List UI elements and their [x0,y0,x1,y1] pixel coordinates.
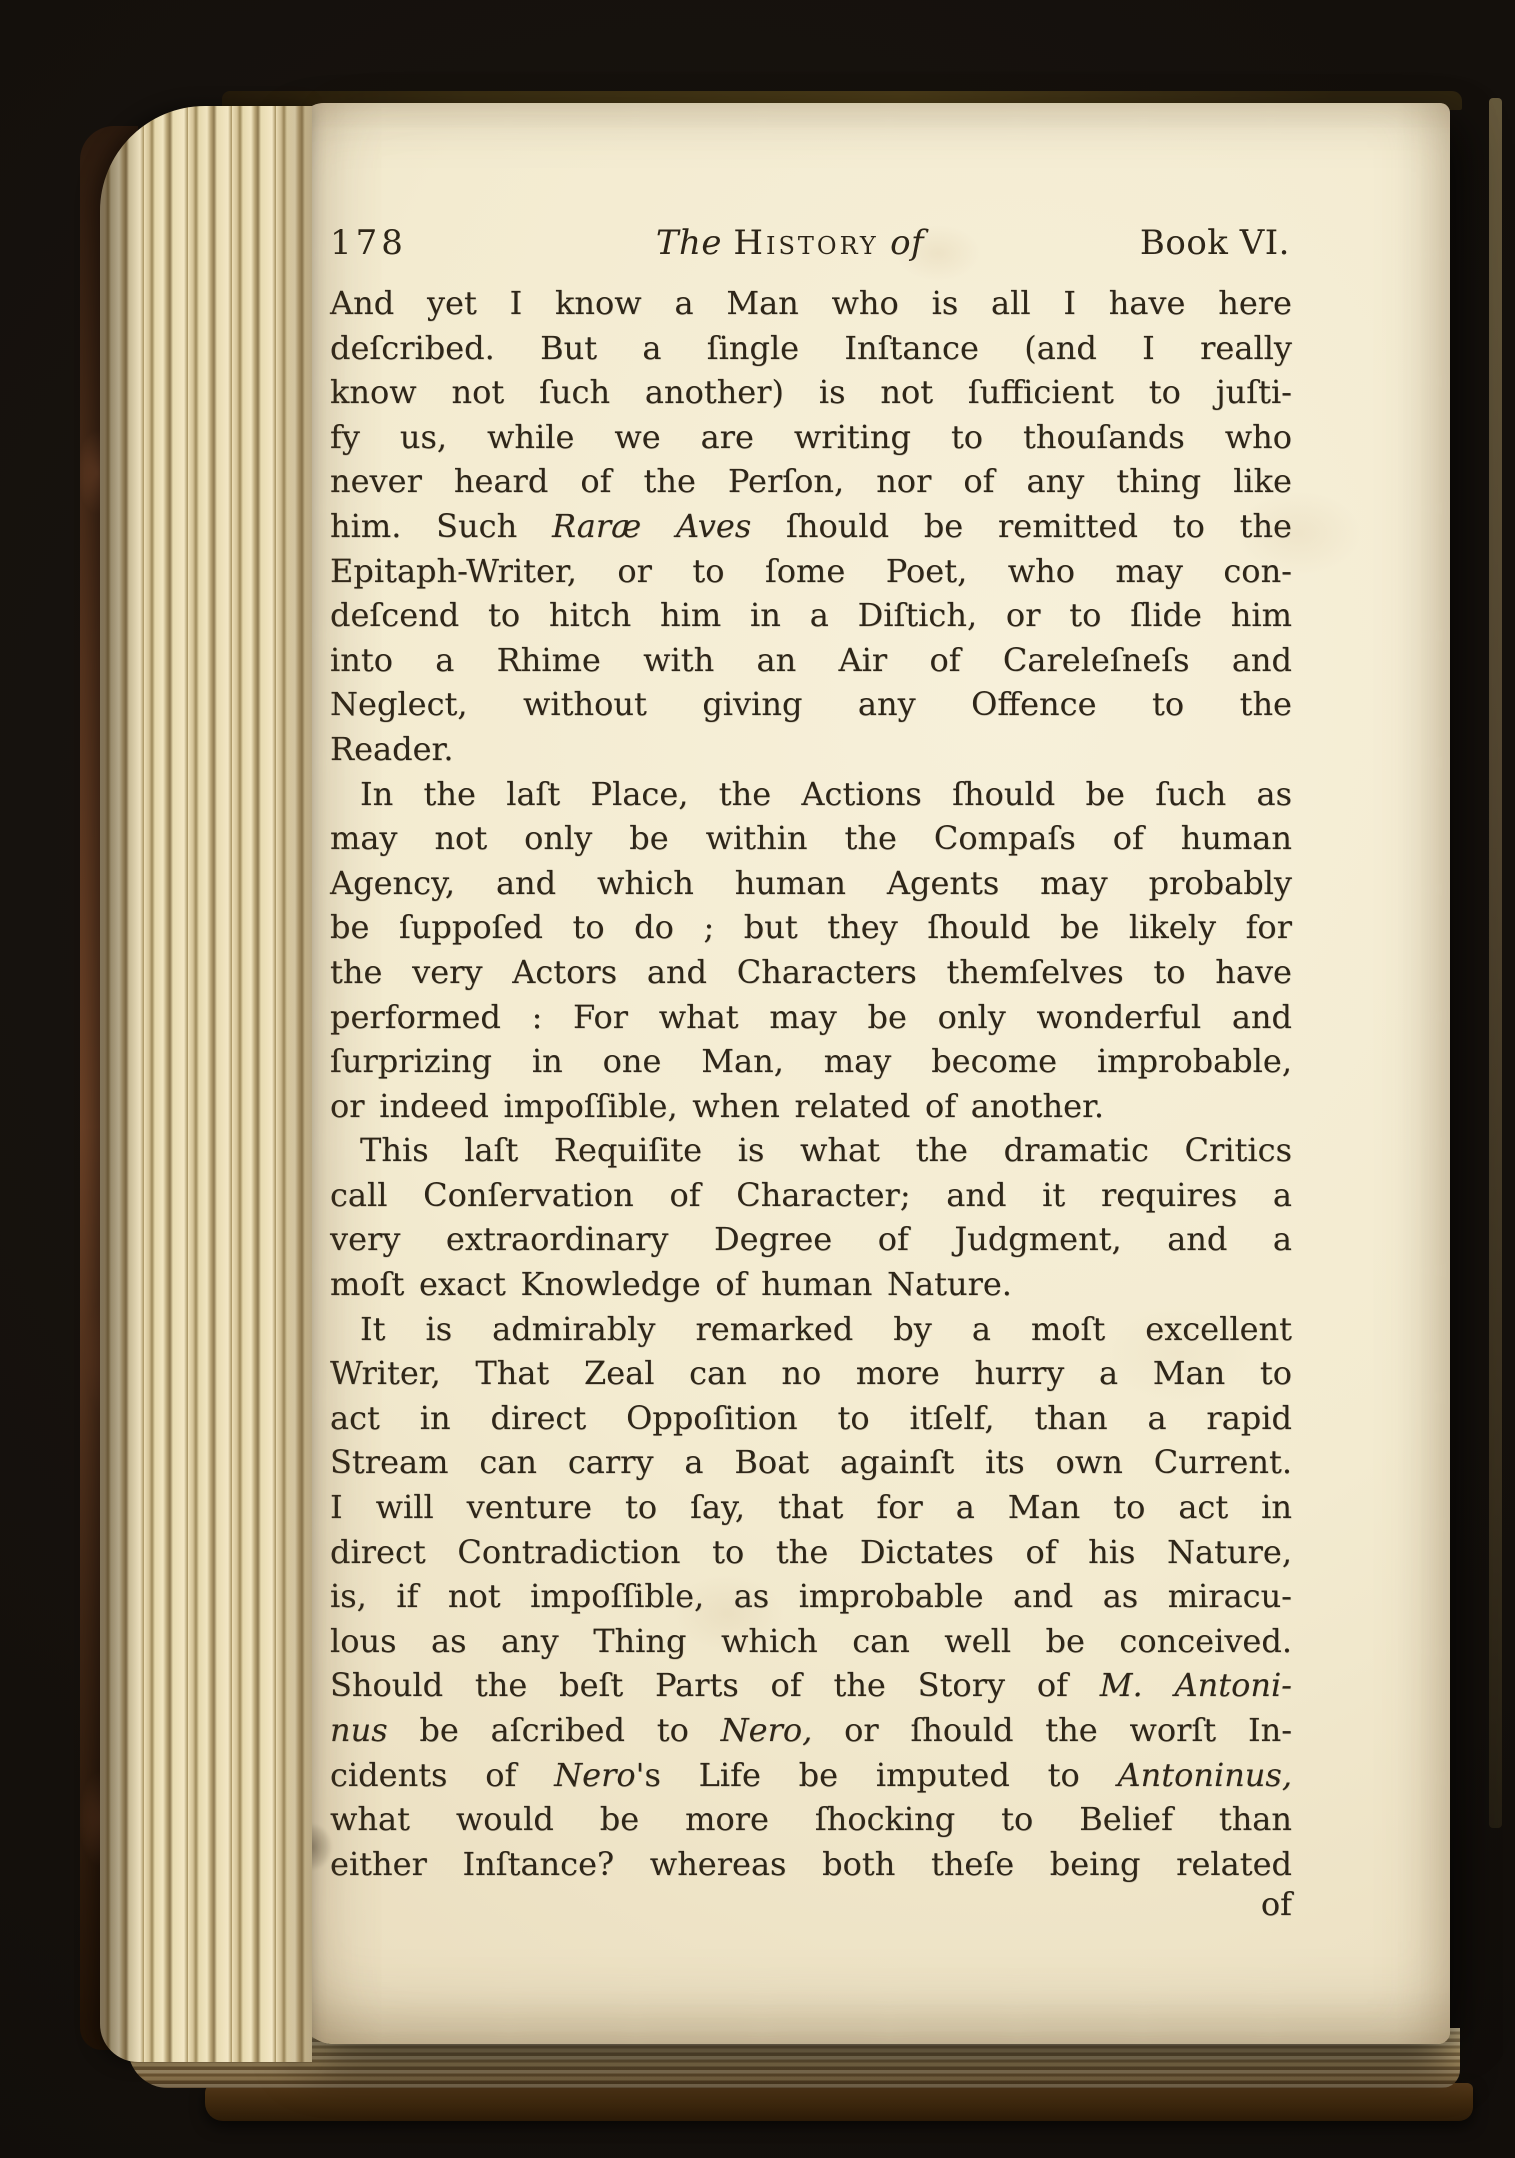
text-line: It is admirably remarked by a moſt excel… [330,1307,1292,1352]
text-line: moſt exact Knowledge of human Nature. [330,1262,1292,1307]
text-line: And yet I know a Man who is all I have h… [330,281,1292,326]
text-line: Reader. [330,727,1292,772]
text-line: cidents of Nero's Life be imputed to Ant… [330,1753,1292,1798]
running-title-of: of [879,223,924,263]
page-text: And yet I know a Man who is all I have h… [330,281,1292,1886]
text-line: never heard of the Perſon, nor of any th… [330,459,1292,504]
running-title: The History of [480,223,1100,263]
facing-page-edge [1489,98,1502,1828]
text-line: fy us, while we are writing to thouſands… [330,415,1292,460]
text-line: may not only be within the Compaſs of hu… [330,816,1292,861]
running-header: 178 The History of Book VI. [330,223,1290,275]
text-line: very extraordinary Degree of Judgment, a… [330,1217,1292,1262]
text-line: into a Rhime with an Air of Careleſneſs … [330,638,1292,683]
text-line: lous as any Thing which can well be conc… [330,1619,1292,1664]
text-line: him. Such Raræ Aves ſhould be remitted t… [330,504,1292,549]
page-edges-left [100,106,312,2062]
text-line: or indeed impoſſible, when related of an… [330,1084,1292,1129]
text-line: In the laſt Place, the Actions ſhould be… [330,772,1292,817]
text-line: know not ſuch another) is not ſufficient… [330,370,1292,415]
text-line: Stream can carry a Boat againſt its own … [330,1440,1292,1485]
text-line: act in direct Oppoſition to itſelf, than… [330,1396,1292,1441]
text-line: either Inſtance? whereas both theſe bein… [330,1842,1292,1887]
text-line: Neglect, without giving any Offence to t… [330,682,1292,727]
text-line: nus be aſcribed to Nero, or ſhould the w… [330,1708,1292,1753]
text-line: what would be more ſhocking to Belief th… [330,1797,1292,1842]
text-line: be ſuppoſed to do ; but they ſhould be l… [330,905,1292,950]
text-line: I will venture to ſay, that for a Man to… [330,1485,1292,1530]
running-title-the: The [656,223,734,263]
page-number: 178 [330,223,480,263]
text-line: deſcend to hitch him in a Diſtich, or to… [330,593,1292,638]
book-label: Book VI. [1100,223,1290,263]
text-line: Agency, and which human Agents may proba… [330,861,1292,906]
text-line: ſurprizing in one Man, may become improb… [330,1039,1292,1084]
text-line: This laſt Requiſite is what the dramatic… [330,1128,1292,1173]
text-line: the very Actors and Characters themſelve… [330,950,1292,995]
text-line: is, if not impoſſible, as improbable and… [330,1574,1292,1619]
text-line: Writer, That Zeal can no more hurry a Ma… [330,1351,1292,1396]
text-line: Epitaph-Writer, or to ſome Poet, who may… [330,549,1292,594]
text-line: Should the beſt Parts of the Story of M.… [330,1663,1292,1708]
text-line: direct Contradiction to the Dictates of … [330,1530,1292,1575]
text-line: performed : For what may be only wonderf… [330,995,1292,1040]
catchword: of [330,1885,1292,1923]
text-line: call Conſervation of Character; and it r… [330,1173,1292,1218]
book-page: 178 The History of Book VI. And yet I kn… [298,103,1450,2044]
book-photo: 178 The History of Book VI. And yet I kn… [0,0,1515,2158]
book-cover-bottom-edge [205,2083,1473,2121]
text-line: deſcribed. But a ſingle Inſtance (and I … [330,326,1292,371]
running-title-history: History [733,223,878,263]
